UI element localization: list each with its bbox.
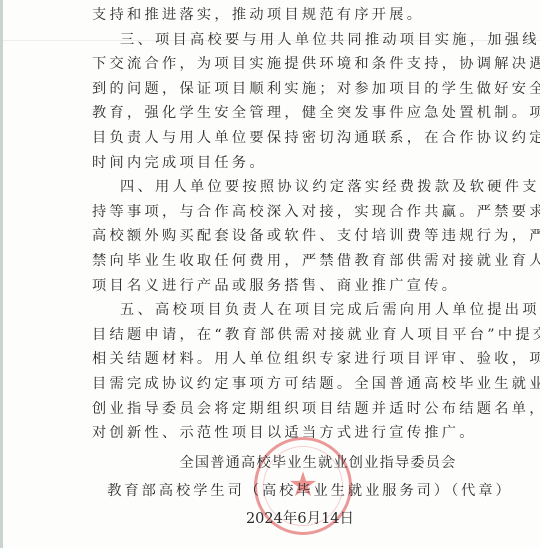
paragraph-4-line: 禁向毕业生收取任何费用，严禁借教育部供需对接就业育人: [92, 249, 452, 274]
paragraph-5-line: 对创新性、示范性项目以适当方式进行宣传推广。: [92, 421, 452, 446]
signature-date: 2024年6月14日: [30, 507, 540, 528]
signature-org-1: 全国普通高校毕业生就业创业指导委员会: [48, 452, 540, 472]
paragraph-5-line: 五、高校项目负责人在项目完成后需向用人单位提出项: [92, 298, 452, 323]
paragraph-5-line: 目需完成协议约定事项方可结题。全国普通高校毕业生就业: [92, 372, 452, 397]
signature-org-2: 教育部高校学生司（高校毕业生就业服务司）（代章）: [40, 480, 540, 500]
paragraph-3-line: 到的问题，保证项目顺利实施；对参加项目的学生做好安全: [92, 77, 452, 102]
page-left-edge: [0, 0, 3, 548]
paragraph-4-line: 持等事项，与合作高校深入对接，实现合作共赢。严禁要求: [92, 200, 452, 225]
paragraph-3-line: 下交流合作，为项目实施提供环境和条件支持，协调解决遇: [92, 52, 452, 77]
paragraph-5-line: 创业指导委员会将定期组织项目结题并适时公布结题名单，: [92, 397, 452, 422]
document-body: 支持和推进落实，推动项目规范有序开展。 三、项目高校要与用人单位共同推动项目实施…: [92, 3, 452, 446]
text-line: 支持和推进落实，推动项目规范有序开展。: [92, 3, 452, 28]
paragraph-3-line: 目负责人与用人单位要保持密切沟通联系，在合作协议约定: [92, 126, 452, 151]
paragraph-3-line: 教育，强化学生安全管理，健全突发事件应急处置机制。项: [92, 101, 452, 126]
paragraph-5-line: 相关结题材料。用人单位组织专家进行项目评审、验收，项: [92, 347, 452, 372]
paragraph-5-line: 目结题申请，在“教育部供需对接就业育人项目平台”中提交: [92, 323, 452, 348]
paragraph-4-line: 四、用人单位要按照协议约定落实经费拨款及软硬件支: [92, 175, 452, 200]
paragraph-4-line: 项目名义进行产品或服务搭售、商业推广宣传。: [92, 274, 452, 299]
paragraph-4-line: 高校额外购买配套设备或软件、支付培训费等违规行为，严: [92, 224, 452, 249]
paragraph-3-line: 三、项目高校要与用人单位共同推动项目实施，加强线: [92, 28, 452, 53]
paragraph-3-line: 时间内完成项目任务。: [92, 151, 452, 176]
